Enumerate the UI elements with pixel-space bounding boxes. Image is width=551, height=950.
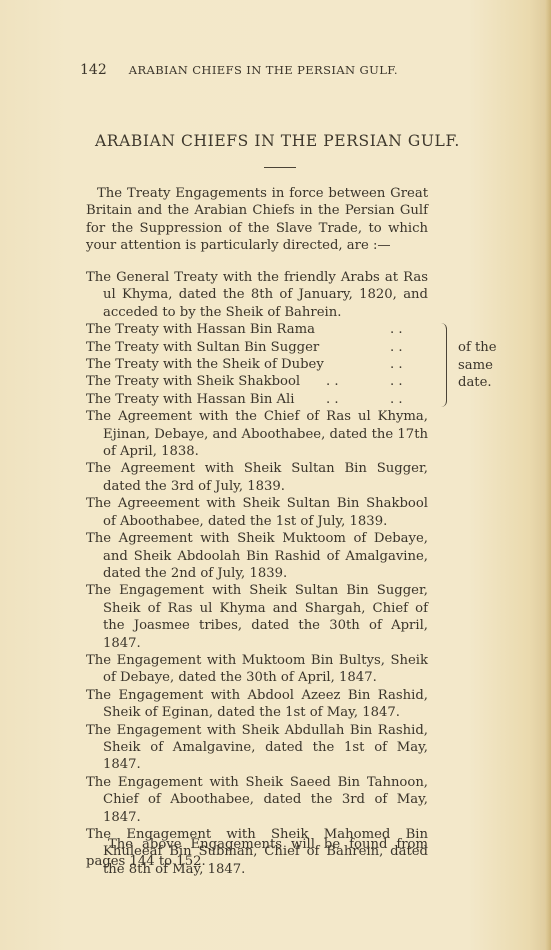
list-item: The Agreeement with Sheik Sultan Bin Sha… — [86, 495, 428, 530]
page-edge — [545, 0, 551, 950]
title-rule — [264, 167, 296, 168]
brace-note: of the same date. — [458, 339, 518, 391]
running-head-title: ARABIAN CHIEFS IN THE PERSIAN GULF. — [129, 63, 398, 77]
list-item: The Agreement with Sheik Sultan Bin Sugg… — [86, 460, 428, 495]
intro-paragraph: The Treaty Engagements in force between … — [86, 185, 428, 255]
list-item-general-treaty: The General Treaty with the friendly Ara… — [86, 269, 428, 321]
list-item: The Engagement with Abdool Azeez Bin Ras… — [86, 687, 428, 722]
list-item: The Engagement with Sheik Sultan Bin Sug… — [86, 582, 428, 652]
running-head: 142ARABIAN CHIEFS IN THE PERSIAN GULF. — [80, 62, 480, 78]
list-item: The Treaty with Hassan Bin Ali . . . . — [86, 391, 428, 408]
list-item: The Engagement with Muktoom Bin Bultys, … — [86, 652, 428, 687]
list-item: The Treaty with Hassan Bin Rama . . — [86, 321, 428, 338]
list-item: The Engagement with Sheik Abdullah Bin R… — [86, 722, 428, 774]
list-item: The Agreement with Sheik Muktoom of Deba… — [86, 530, 428, 582]
list-item: The Treaty with Sultan Bin Sugger . . — [86, 339, 428, 356]
bracketed-treaties: The Treaty with Hassan Bin Rama . . The … — [86, 321, 428, 408]
list-item: The Treaty with Sheik Shakbool . . . . — [86, 373, 428, 390]
engagements-list: The General Treaty with the friendly Ara… — [86, 269, 428, 878]
right-brace-icon — [438, 323, 447, 407]
list-item: The Engagement with Sheik Saeed Bin Tahn… — [86, 774, 428, 826]
page-number: 142 — [80, 62, 107, 78]
list-item: The Treaty with the Sheik of Dubey . . — [86, 356, 428, 373]
list-item: The Agreement with the Chief of Ras ul K… — [86, 408, 428, 460]
closing-paragraph: The above Engagements will be found from… — [86, 836, 428, 871]
page-title: ARABIAN CHIEFS IN THE PERSIAN GULF. — [95, 132, 475, 150]
